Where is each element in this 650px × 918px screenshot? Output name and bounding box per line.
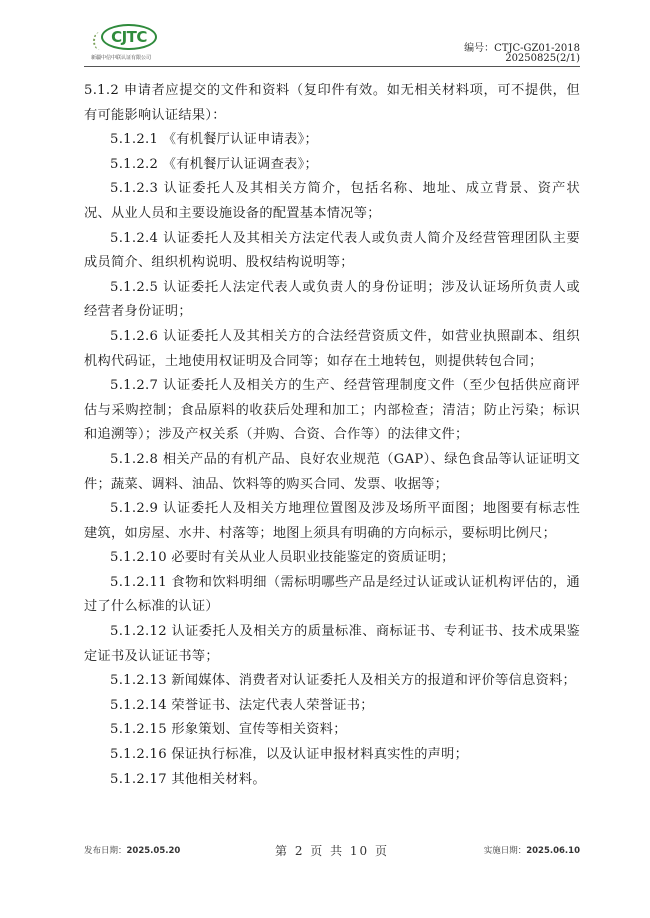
item-5-1-2-12: 5.1.2.12 认证委托人及相关方的质量标准、商标证书、专利证书、技术成果鉴定… [84,620,580,669]
item-5-1-2-13: 5.1.2.13 新闻媒体、消费者对认证委托人及相关方的报道和评价等信息资料； [84,669,580,694]
item-5-1-2-5: 5.1.2.5 认证委托人法定代表人或负责人的身份证明；涉及认证场所负责人或经营… [84,276,580,325]
item-5-1-2-6: 5.1.2.6 认证委托人及其相关方的合法经营资质文件，如营业执照副本、组织机构… [84,325,580,374]
item-5-1-2-16: 5.1.2.16 保证执行标准，以及认证申报材料真实性的声明； [84,743,580,768]
page-header: CJTC 新疆中信中联认证有限公司 编号：CTJC-GZ01-2018 2025… [84,20,580,70]
page-footer: 发布日期：2025.05.20 第 2 页 共 10 页 实施日期：2025.0… [84,844,580,864]
company-name: 新疆中信中联认证有限公司 [91,54,151,61]
item-5-1-2-2: 5.1.2.2 《有机餐厅认证调查表》； [84,153,580,178]
item-5-1-2-11: 5.1.2.11 食物和饮料明细（需标明哪些产品是经过认证或认证机构评估的，通过… [84,571,580,620]
header-divider [84,66,580,67]
item-5-1-2-9: 5.1.2.9 认证委托人及相关方地理位置图及涉及场所平面图；地图要有标志性建筑… [84,497,580,546]
item-5-1-2-14: 5.1.2.14 荣誉证书、法定代表人荣誉证书； [84,694,580,719]
item-5-1-2-17: 5.1.2.17 其他相关材料。 [84,768,580,793]
effective-date-label: 实施日期： [484,846,527,856]
item-5-1-2-8: 5.1.2.8 相关产品的有机产品、良好农业规范（GAP）、绿色食品等认证证明文… [84,448,580,497]
item-5-1-2-3: 5.1.2.3 认证委托人及其相关方简介，包括名称、地址、成立背景、资产状况、从… [84,177,580,226]
document-version: 20250825(2/1) [505,53,580,64]
document-code: 编号：CTJC-GZ01-2018 [464,39,580,54]
item-5-1-2-10: 5.1.2.10 必要时有关从业人员职业技能鉴定的资质证明； [84,546,580,571]
item-5-1-2-1: 5.1.2.1 《有机餐厅认证申请表》； [84,128,580,153]
section-5-1-2: 5.1.2 申请者应提交的文件和资料（复印件有效。如无相关材料项，可不提供，但有… [84,79,580,128]
item-5-1-2-7: 5.1.2.7 认证委托人及相关方的生产、经营管理制度文件（至少包括供应商评估与… [84,374,580,448]
logo-text: CJTC [101,27,157,47]
item-5-1-2-4: 5.1.2.4 认证委托人及其相关方法定代表人或负责人简介及经营管理团队主要成员… [84,227,580,276]
effective-date-value: 2025.06.10 [526,846,580,856]
item-5-1-2-15: 5.1.2.15 形象策划、宣传等相关资料； [84,718,580,743]
company-logo: CJTC 新疆中信中联认证有限公司 [91,24,161,64]
document-body: 5.1.2 申请者应提交的文件和资料（复印件有效。如无相关材料项，可不提供，但有… [84,79,580,792]
effective-date-block: 实施日期：2025.06.10 [484,844,580,856]
